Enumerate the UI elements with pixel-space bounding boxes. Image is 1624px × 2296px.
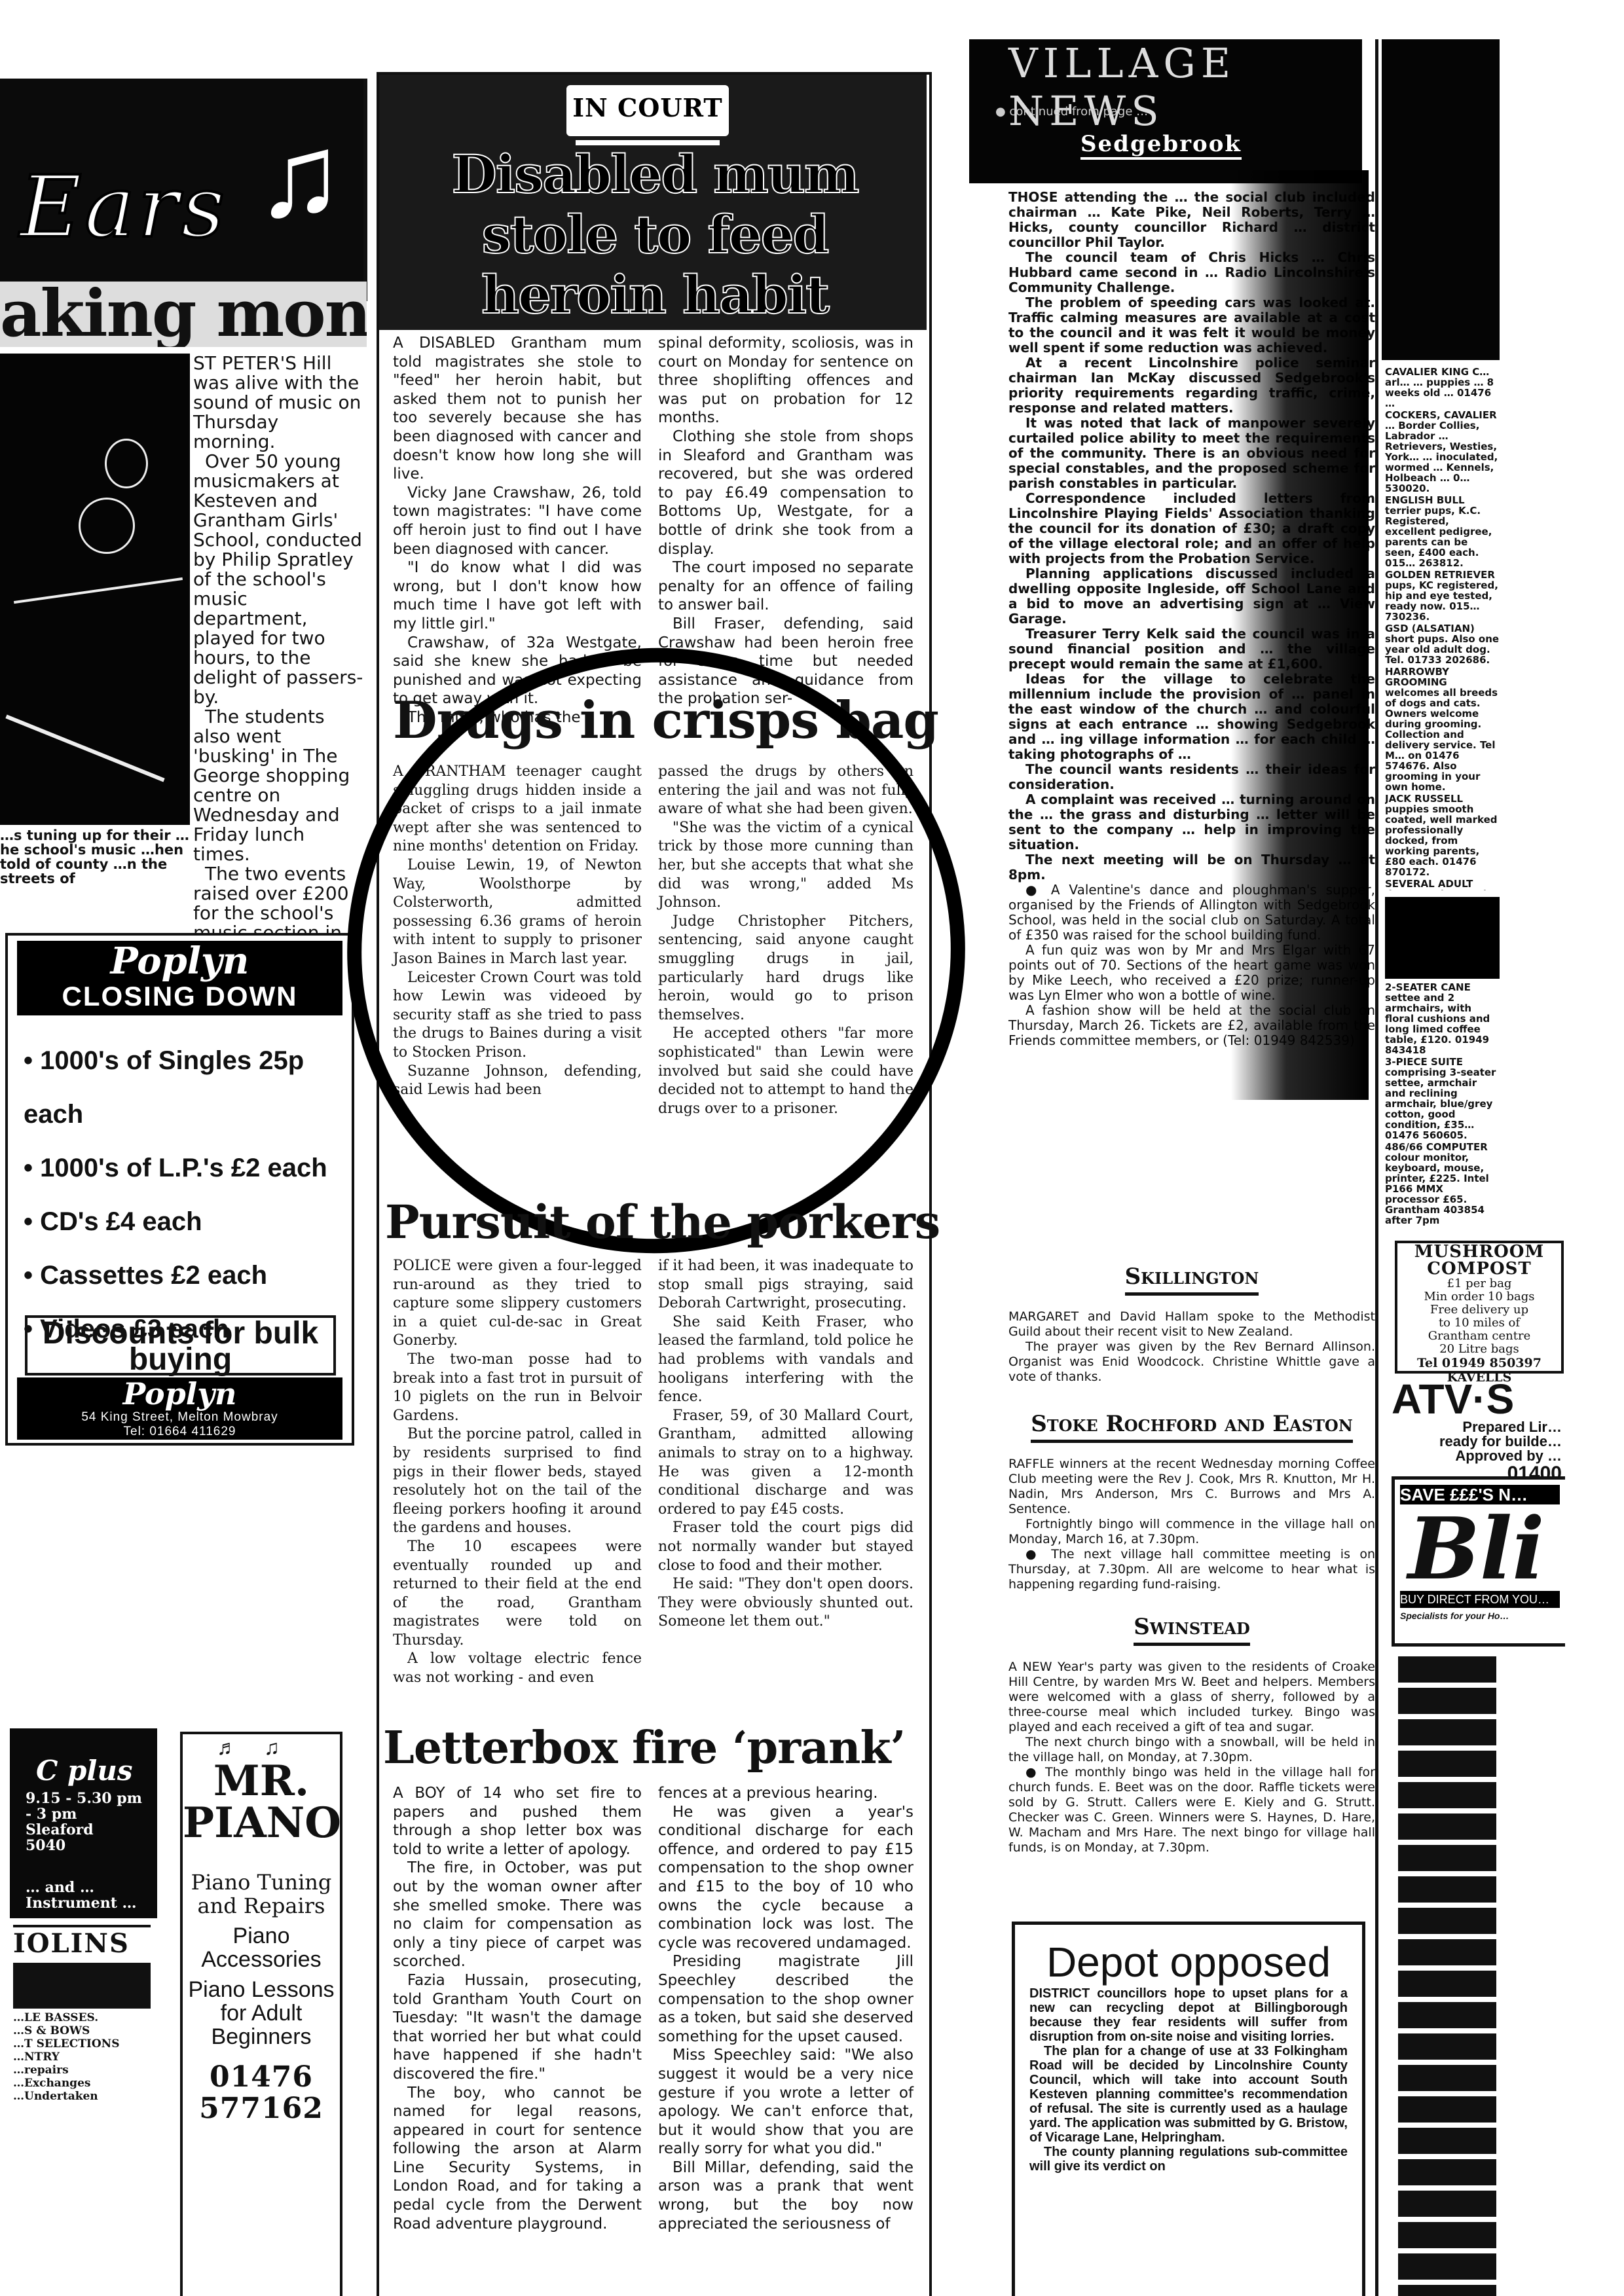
mushroom-compost-ad: MUSHROOM COMPOST £1 per bag Min order 10… [1395,1241,1564,1374]
blinds-ad: SAVE £££'S N… Bli BUY DIRECT FROM YOU… S… [1392,1476,1565,1647]
mr-piano-ad: ♬♫ MR. PIANO Piano Tuning and Repairs Pi… [180,1732,342,2296]
piano-tel-2: 577162 [183,2093,340,2124]
cplus-details: 9.15 - 5.30 pm - 3 pm Sleaford 5040 … an… [26,1791,157,1911]
poplyn-footer: Poplyn 54 King Street, Melton Mowbray Te… [17,1377,342,1440]
poplyn-address: 54 King Street, Melton Mowbray [17,1410,342,1425]
poplyn-logo: Poplyn [17,941,342,981]
cplus-title: C plus [36,1755,133,1787]
article-4-col2: fences at a previous hearing. He was giv… [658,1784,913,2233]
music-photo [0,354,190,825]
story-paragraph: ST PETER'S Hill was alive with the sound… [193,354,363,452]
making-money-headline: aking money [0,282,367,347]
violins-title: IOLINS [13,1927,151,1960]
piano-service-3: Piano Lessons for Adult Beginners [183,1978,340,2049]
price-item: • 1000's of L.P.'s £2 each [24,1141,352,1195]
classified-header-dark [1382,39,1500,360]
in-court-label: IN COURT [566,85,729,136]
piano-service-1: Piano Tuning and Repairs [183,1870,340,1918]
discount-box: Discounts for bulk buying [25,1315,336,1376]
piano-title-2: PIANO [183,1802,340,1844]
stoke-rochford-body: RAFFLE winners at the recent Wednesday m… [1008,1457,1375,1592]
piano-title-1: MR. [183,1760,340,1802]
story-paragraph: Over 50 young musicmakers at Kesteven an… [193,452,363,707]
price-item: • Cassettes £2 each [24,1248,352,1302]
furniture-classifieds: 2-SEATER CANE settee and 2 armchairs, wi… [1385,982,1500,1231]
section-sedgebrook: Sedgebrook [1080,131,1242,160]
headline-letterbox-fire: Letterbox fire ‘prank’ [383,1722,905,1774]
headline-disabled-mum: Disabled mum stole to feed heroin habit [386,144,923,325]
atv-ad: ATV·S Prepared Lir… ready for builde… Ap… [1392,1378,1562,1476]
price-item: • CD's £4 each [24,1195,352,1248]
pets-classifieds: CAVALIER KING C… arl… … puppies … 8 week… [1385,367,1500,890]
price-item: • 1000's of Singles 25p each [24,1034,352,1141]
continued-note: ● continued from page … [995,105,1148,118]
poplyn-header: Poplyn CLOSING DOWN [17,941,342,1015]
cplus-ad: C plus 9.15 - 5.30 pm - 3 pm Sleaford 50… [10,1728,157,1918]
article-3-col1: POLICE were given a four-legged run-arou… [393,1257,642,1688]
classified-ads-bottom [1398,1656,1496,2296]
skillington-body: MARGARET and David Hallam spoke to the M… [1008,1309,1375,1385]
banner-script-title: Ears [20,157,227,257]
violins-ad: IOLINS …LE BASSES. …S & BOWS …T SELECTIO… [13,1925,151,2296]
swinstead-body: A NEW Year's party was given to the resi… [1008,1660,1375,1855]
headline-pursuit-porkers: Pursuit of the porkers [385,1195,940,1249]
music-notes-icon: ♫ [255,118,344,236]
depot-body: DISTRICT councillors hope to upset plans… [1015,1986,1362,2174]
section-swinstead: Swinstead [1008,1614,1375,1640]
classified-category-bar [1385,897,1500,979]
poplyn-tel: Tel: 01664 411629 [17,1425,342,1439]
piano-service-2: Piano Accessories [183,1924,340,1971]
poplyn-ad: Poplyn CLOSING DOWN • 1000's of Singles … [5,933,354,1446]
article-4-col1: A BOY of 14 who set fire to papers and p… [393,1784,642,2233]
article-3-col2: if it had been, it was inadequate to sto… [658,1257,913,1631]
piano-tel-1: 01476 [183,2062,340,2093]
section-stoke-rochford: Stoke Rochford and Easton [1008,1411,1375,1437]
poplyn-logo-footer: Poplyn [17,1377,342,1410]
village-news-title: VILLAGE NEWS [1008,39,1362,135]
story-paragraph: The students also went 'busking' in The … [193,707,363,864]
section-skillington: Skillington [1008,1264,1375,1290]
closing-down-title: CLOSING DOWN [17,981,342,1011]
depot-headline: Depot opposed [1015,1938,1362,1986]
village-news-header: VILLAGE NEWS ● continued from page … Sed… [969,39,1362,183]
photo-caption: …s tuning up for their …he school's musi… [0,828,190,886]
dark-scan-smudge [1231,170,1369,1100]
music-banner: Ears ♫ [0,79,367,301]
price-list: • 1000's of Singles 25p each • 1000's of… [24,1034,352,1356]
column-rule [1375,39,1378,2296]
depot-opposed-box: Depot opposed DISTRICT councillors hope … [1012,1922,1365,2296]
